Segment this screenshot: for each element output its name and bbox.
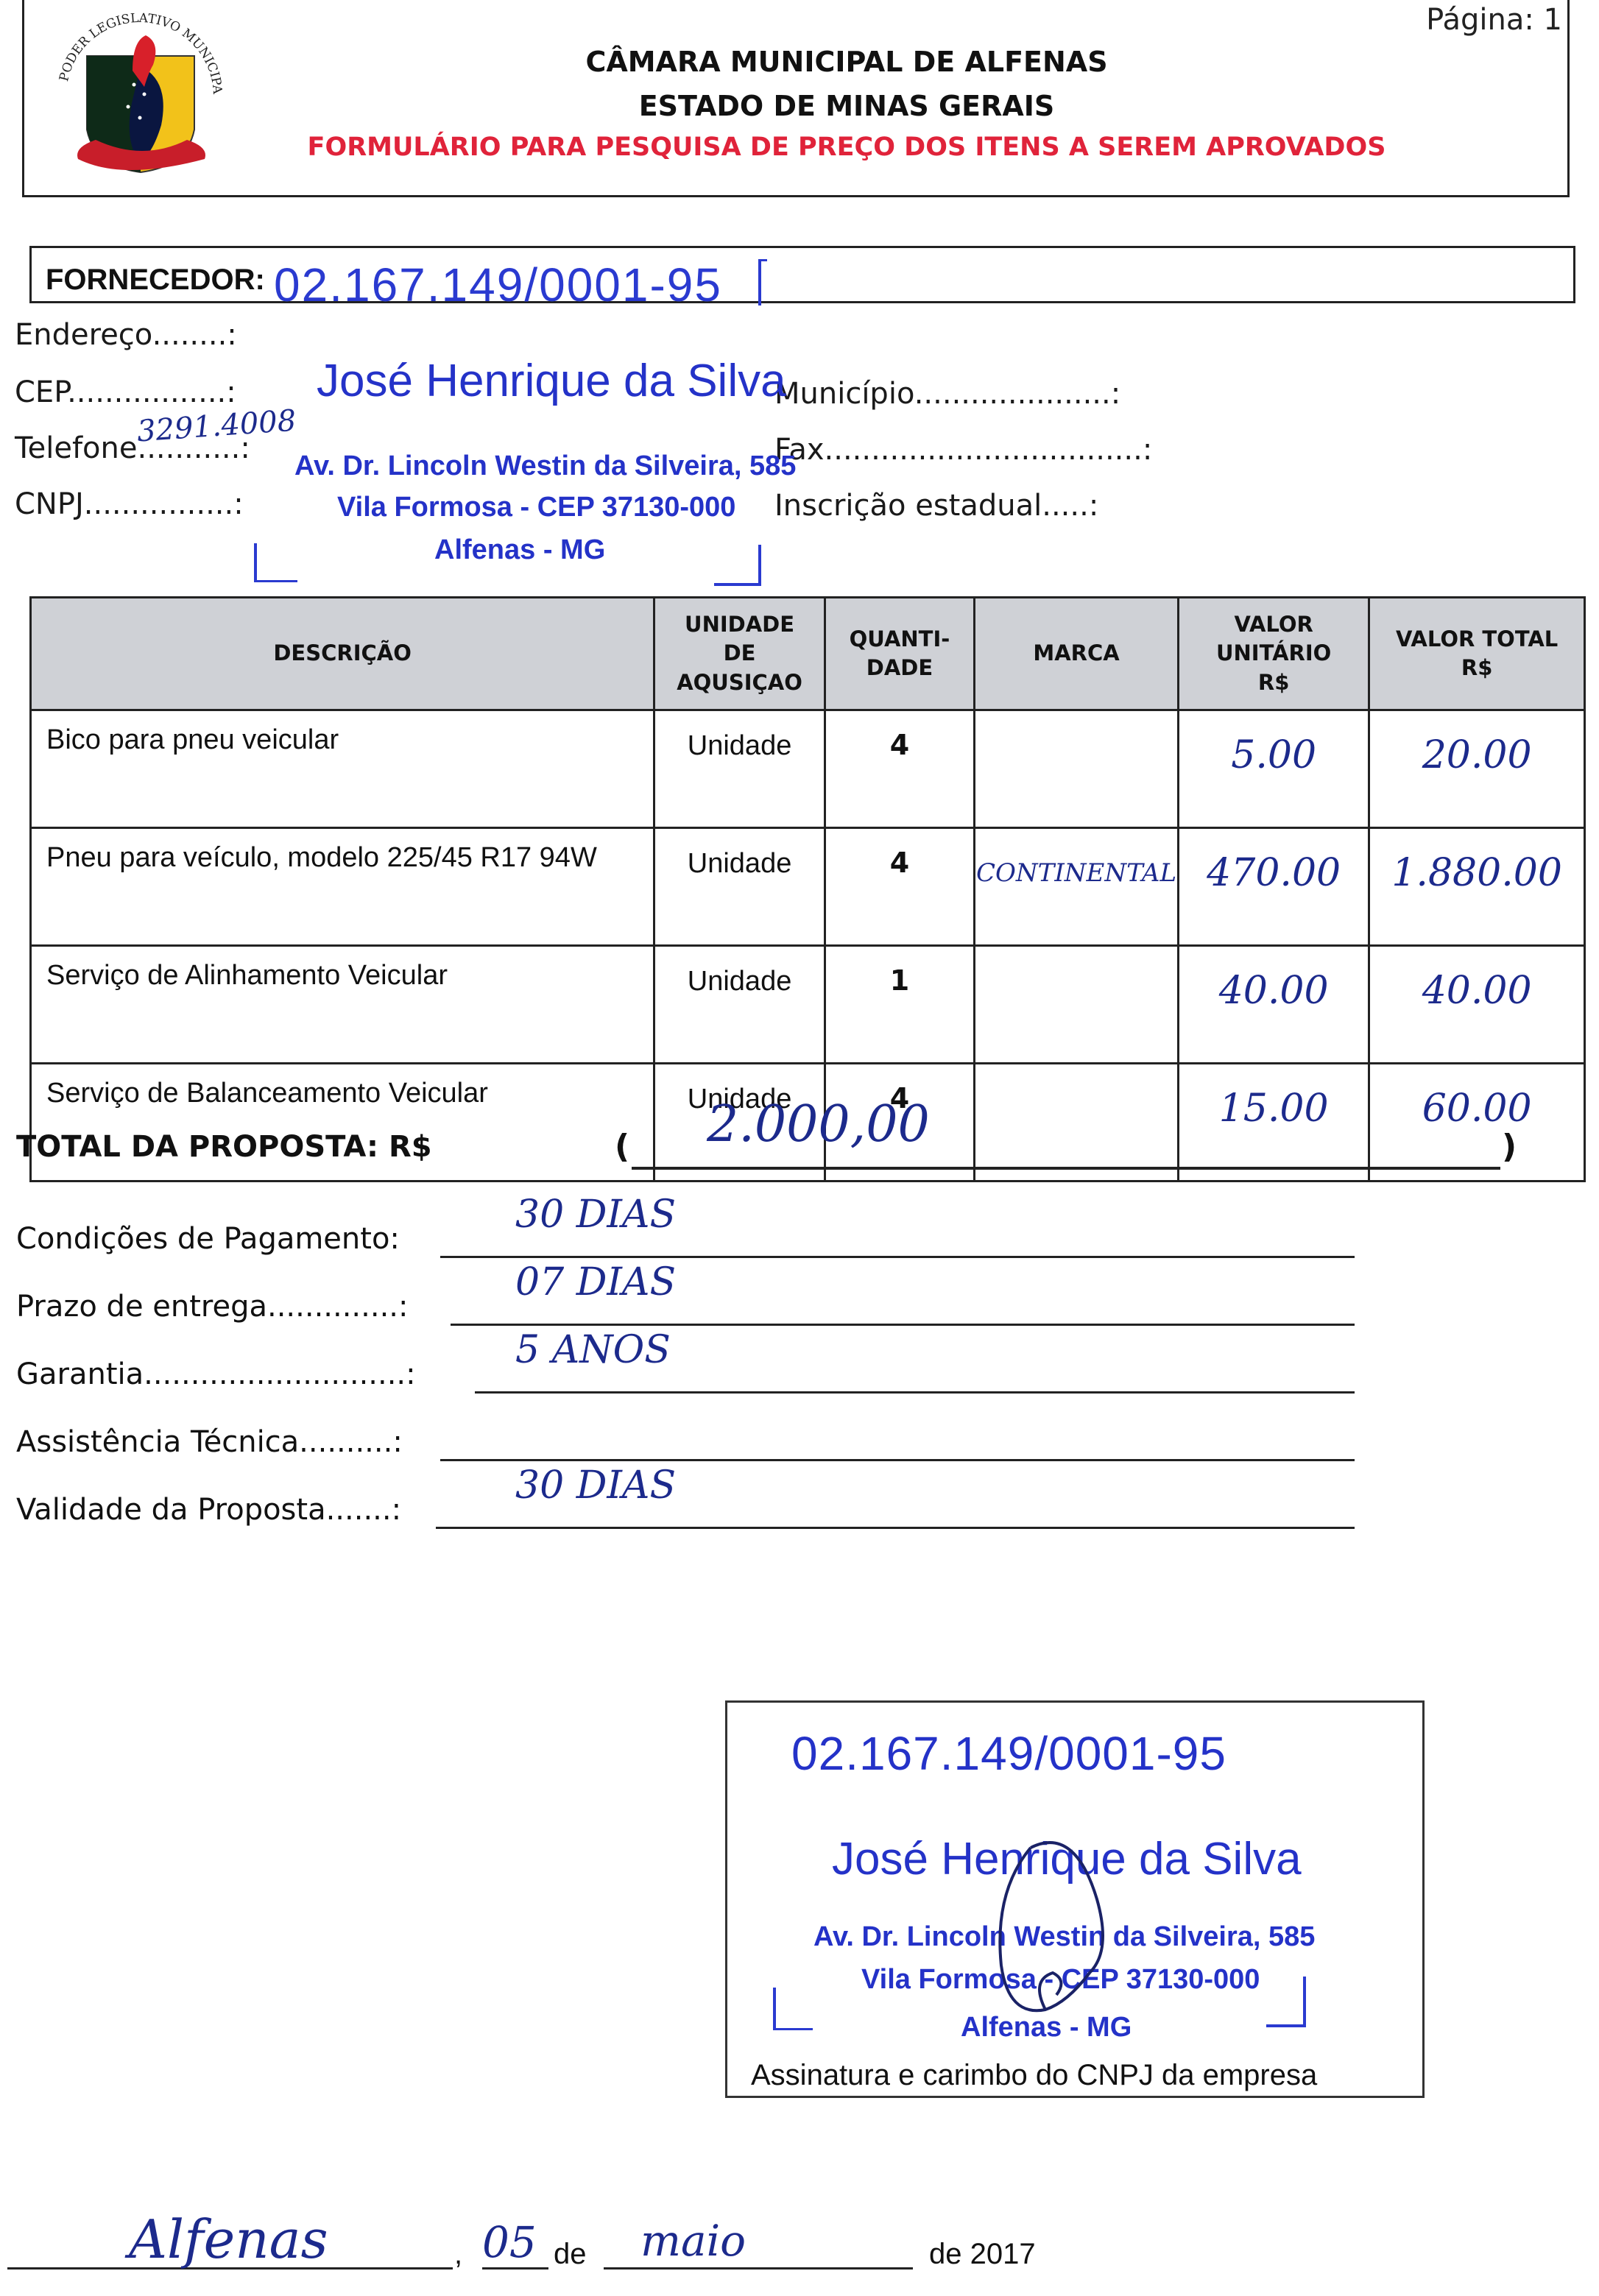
- stamp-name: José Henrique da Silva: [317, 355, 786, 407]
- condition-label: Validade da Proposta.......:: [16, 1493, 401, 1527]
- item-brand[interactable]: [975, 1064, 1179, 1181]
- field-inscricao-estadual: Inscrição estadual.....:: [774, 489, 1098, 523]
- total-label: TOTAL DA PROPOSTA: R$: [16, 1130, 432, 1164]
- table-row: Serviço de Alinhamento VeicularUnidade14…: [31, 946, 1585, 1064]
- supplier-label: FORNECEDOR:: [46, 264, 265, 297]
- signature-stamp-cnpj: 02.167.149/0001-95: [791, 1726, 1226, 1781]
- stamp-corner-mark: [773, 1988, 813, 2030]
- date-separator: ,: [454, 2238, 462, 2271]
- condition-input-line[interactable]: [440, 1459, 1355, 1461]
- state-title: ESTADO DE MINAS GERAIS: [177, 90, 1517, 122]
- col-header-total: VALOR TOTALR$: [1369, 598, 1585, 710]
- field-cep: CEP.................:: [15, 375, 236, 409]
- table-header-row: DESCRIÇÃO UNIDADEDEAQUSIÇAO QUANTI-DADE …: [31, 598, 1585, 710]
- table-row: Bico para pneu veicularUnidade45.0020.00: [31, 710, 1585, 828]
- col-header-quantity: QUANTI-DADE: [825, 598, 974, 710]
- date-year-label: de 2017: [929, 2238, 1036, 2271]
- col-header-unit-price: VALORUNITÁRIOR$: [1179, 598, 1369, 710]
- paren-close: ): [1502, 1128, 1517, 1165]
- condition-value[interactable]: 07 DIAS: [515, 1260, 676, 1304]
- date-month-line: [604, 2267, 913, 2269]
- field-fax: Fax..................................:: [774, 433, 1152, 467]
- condition-value[interactable]: 30 DIAS: [515, 1463, 676, 1508]
- total-value[interactable]: 2.000,00: [707, 1095, 930, 1154]
- field-municipio: Município.....................:: [774, 377, 1120, 411]
- stamp-corner-mark: [758, 259, 767, 305]
- item-description: Serviço de Alinhamento Veicular: [31, 946, 654, 1064]
- page-number: Página: 1: [1426, 3, 1562, 37]
- stamp-corner-mark: [1266, 1977, 1306, 2027]
- item-unit: Unidade: [654, 710, 825, 828]
- condition-label: Garantia............................:: [16, 1357, 416, 1391]
- price-table: DESCRIÇÃO UNIDADEDEAQUSIÇAO QUANTI-DADE …: [29, 596, 1586, 1182]
- date-month-value[interactable]: maio: [640, 2216, 746, 2266]
- table-row: Pneu para veículo, modelo 225/45 R17 94W…: [31, 828, 1585, 946]
- field-endereco: Endereço........:: [15, 318, 237, 352]
- stamp-address: Av. Dr. Lincoln Westin da Silveira, 585: [294, 451, 796, 482]
- signature-caption: Assinatura e carimbo do CNPJ da empresa: [751, 2059, 1317, 2092]
- item-quantity: 1: [825, 946, 974, 1064]
- condition-input-line[interactable]: [475, 1391, 1355, 1394]
- item-brand[interactable]: [975, 710, 1179, 828]
- item-unit-price[interactable]: 15.00: [1179, 1064, 1369, 1181]
- telefone-value[interactable]: 3291.4008: [136, 404, 297, 449]
- item-quantity: 4: [825, 828, 974, 946]
- form-title: FORMULÁRIO PARA PESQUISA DE PREÇO DOS IT…: [177, 133, 1517, 162]
- supplier-cnpj-stamp: 02.167.149/0001-95: [274, 258, 722, 312]
- item-description: Bico para pneu veicular: [31, 710, 654, 828]
- item-total[interactable]: 60.00: [1369, 1064, 1585, 1181]
- field-cnpj: CNPJ................:: [15, 487, 244, 521]
- item-unit-price[interactable]: 40.00: [1179, 946, 1369, 1064]
- col-header-unit: UNIDADEDEAQUSIÇAO: [654, 598, 825, 710]
- condition-label: Prazo de entrega..............:: [16, 1290, 408, 1324]
- condition-input-line[interactable]: [451, 1324, 1355, 1326]
- condition-value[interactable]: 30 DIAS: [515, 1193, 676, 1237]
- col-header-brand: MARCA: [975, 598, 1179, 710]
- date-day-line: [482, 2267, 548, 2269]
- col-header-description: DESCRIÇÃO: [31, 598, 654, 710]
- date-city-value[interactable]: Alfenas: [129, 2208, 328, 2270]
- total-line: [632, 1167, 1500, 1170]
- item-description: Pneu para veículo, modelo 225/45 R17 94W: [31, 828, 654, 946]
- date-day-value[interactable]: 05: [482, 2217, 537, 2267]
- date-de-label: de: [554, 2238, 587, 2271]
- institution-title: CÂMARA MUNICIPAL DE ALFENAS: [177, 46, 1517, 78]
- item-total[interactable]: 1.880.00: [1369, 828, 1585, 946]
- paren-open: (: [615, 1128, 629, 1165]
- stamp-corner-mark: [254, 543, 297, 582]
- item-brand[interactable]: [975, 946, 1179, 1064]
- stamp-city: Alfenas - MG: [434, 534, 605, 566]
- signature-scribble-icon: [986, 1833, 1134, 2024]
- item-total[interactable]: 40.00: [1369, 946, 1585, 1064]
- item-unit: Unidade: [654, 828, 825, 946]
- item-total[interactable]: 20.00: [1369, 710, 1585, 828]
- stamp-district: Vila Formosa - CEP 37130-000: [337, 492, 735, 523]
- stamp-corner-mark: [714, 545, 761, 586]
- condition-input-line[interactable]: [436, 1527, 1355, 1529]
- condition-value[interactable]: 5 ANOS: [515, 1328, 671, 1372]
- condition-input-line[interactable]: [440, 1256, 1355, 1258]
- condition-label: Condições de Pagamento:: [16, 1222, 400, 1256]
- item-brand[interactable]: CONTINENTAL: [975, 828, 1179, 946]
- item-unit: Unidade: [654, 946, 825, 1064]
- item-quantity: 4: [825, 710, 974, 828]
- item-unit-price[interactable]: 470.00: [1179, 828, 1369, 946]
- condition-label: Assistência Técnica..........:: [16, 1425, 403, 1459]
- item-unit-price[interactable]: 5.00: [1179, 710, 1369, 828]
